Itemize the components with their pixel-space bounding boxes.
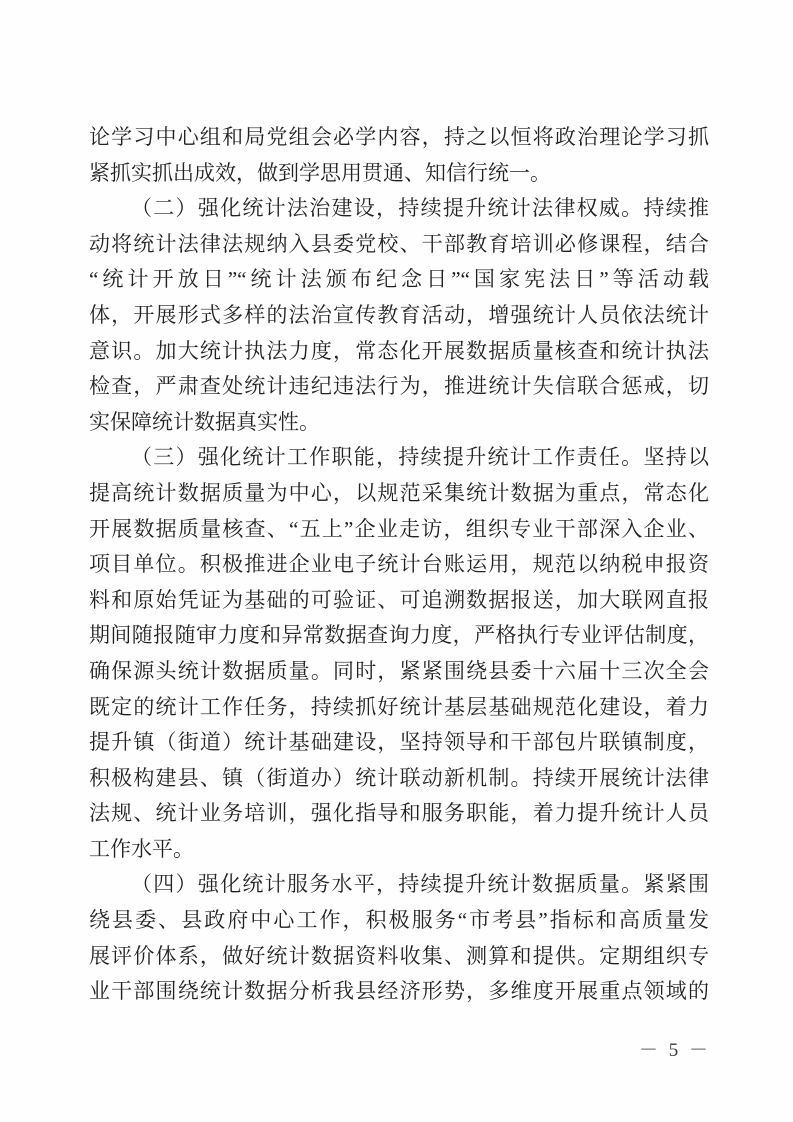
text-line: 料和原始凭证为基础的可验证、可追溯数据报送，加大联网直报 — [89, 583, 709, 619]
text-line: 紧抓实抓出成效，做到学思用贯通、知信行统一。 — [89, 156, 709, 192]
text-line: 绕县委、县政府中心工作，积极服务“市考县”指标和高质量发 — [89, 903, 709, 939]
text-line: “统计开放日”“统计法颁布纪念日”“国家宪法日”等活动载 — [89, 262, 709, 298]
page-number: － 5 － — [600, 1036, 750, 1066]
document-page: 论学习中心组和局党组会必学内容，持之以恒将政治理论学习抓 紧抓实抓出成效，做到学… — [0, 0, 793, 1122]
text-line: 意识。加大统计执法力度，常态化开展数据质量核查和统计执法 — [89, 334, 709, 370]
text-line: 提升镇（街道）统计基础建设，坚持领导和干部包片联镇制度， — [89, 725, 709, 761]
text-line: 检查，严肃查处统计违纪违法行为，推进统计失信联合惩戒，切 — [89, 369, 709, 405]
text-line: 期间随报随审力度和异常数据查询力度，严格执行专业评估制度， — [89, 618, 709, 654]
text-line: 展评价体系，做好统计数据资料收集、测算和提供。定期组织专 — [89, 939, 709, 975]
text-line: 工作水平。 — [89, 832, 709, 868]
section-heading-line-3: （三）强化统计工作职能，持续提升统计工作责任。坚持以 — [89, 440, 709, 476]
text-line: 既定的统计工作任务，持续抓好统计基层基础规范化建设，着力 — [89, 690, 709, 726]
section-heading-line-4: （四）强化统计服务水平，持续提升统计数据质量。紧紧围 — [89, 867, 709, 903]
text-line: 体，开展形式多样的法治宣传教育活动，增强统计人员依法统计 — [89, 298, 709, 334]
document-body: 论学习中心组和局党组会必学内容，持之以恒将政治理论学习抓 紧抓实抓出成效，做到学… — [89, 120, 709, 1010]
text-line: 论学习中心组和局党组会必学内容，持之以恒将政治理论学习抓 — [89, 120, 709, 156]
text-line: 开展数据质量核查、“五上”企业走访，组织专业干部深入企业、 — [89, 512, 709, 548]
text-line: 实保障统计数据真实性。 — [89, 405, 709, 441]
text-line: 确保源头统计数据质量。同时，紧紧围绕县委十六届十三次全会 — [89, 654, 709, 690]
text-line: 业干部围绕统计数据分析我县经济形势，多维度开展重点领域的 — [89, 974, 709, 1010]
text-line: 动将统计法律法规纳入县委党校、干部教育培训必修课程，结合 — [89, 227, 709, 263]
text-line: 法规、统计业务培训，强化指导和服务职能，着力提升统计人员 — [89, 796, 709, 832]
text-line: 积极构建县、镇（街道办）统计联动新机制。持续开展统计法律 — [89, 761, 709, 797]
text-line: 项目单位。积极推进企业电子统计台账运用，规范以纳税申报资 — [89, 547, 709, 583]
section-heading-line-2: （二）强化统计法治建设，持续提升统计法律权威。持续推 — [89, 191, 709, 227]
text-line: 提高统计数据质量为中心，以规范采集统计数据为重点，常态化 — [89, 476, 709, 512]
